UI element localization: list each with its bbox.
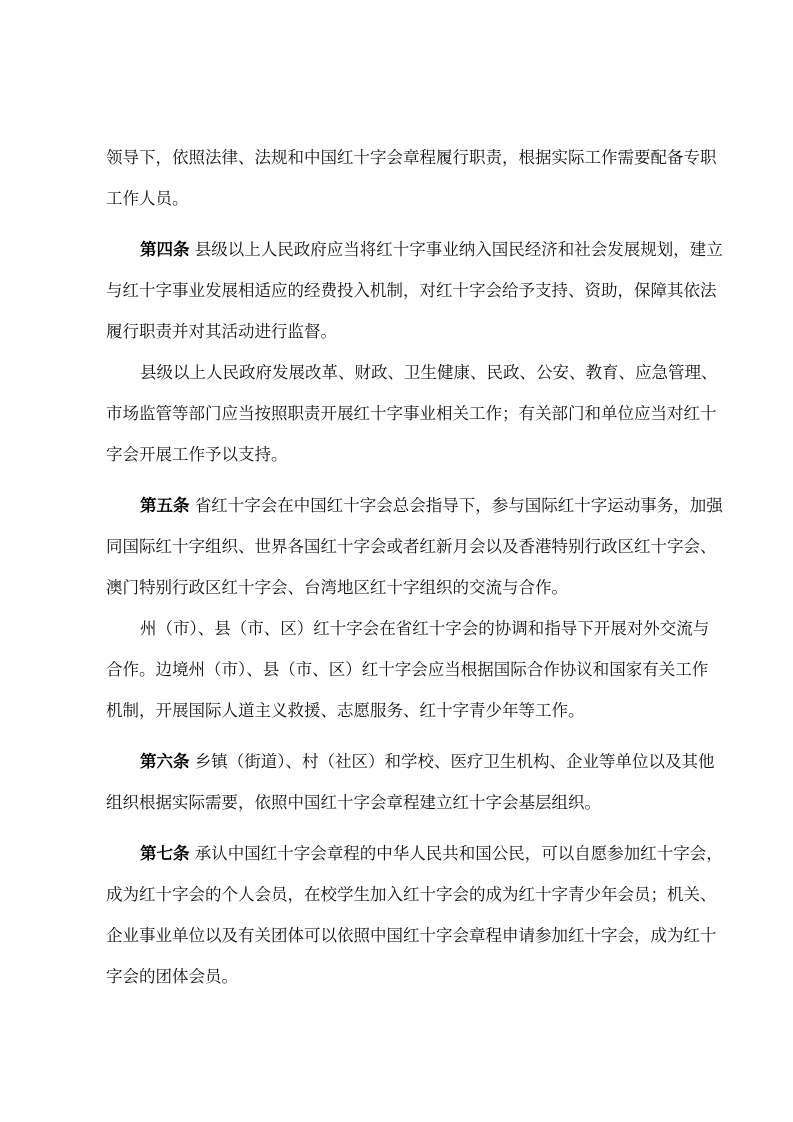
text-line: 第五条 省红十字会在中国红十字会总会指导下，参与国际红十字运动事务，加强 xyxy=(106,496,698,537)
paragraph-gap xyxy=(106,486,698,496)
text-line: 第六条 乡镇（街道）、村（社区）和学校、医疗卫生机构、企业等单位以及其他 xyxy=(106,752,698,793)
text-segment: 县级以上人民政府应当将红十字事业纳入国民经济和社会发展规划，建立 xyxy=(190,240,723,259)
paragraph-article-5-2: 州（市）、县（市、区）红十字会在省红十字会的协调和指导下开展对外交流与 合作。边… xyxy=(106,619,698,742)
text-line: 澳门特别行政区红十字会、台湾地区红十字组织的交流与合作。 xyxy=(106,578,698,619)
paragraph-article-4: 第四条 县级以上人民政府应当将红十字事业纳入国民经济和社会发展规划，建立 与红十… xyxy=(106,240,698,363)
document-page: 领导下，依照法律、法规和中国红十字会章程履行职责，根据实际工作需要配备专职 工作… xyxy=(106,148,698,1008)
text-line: 字会的团体会员。 xyxy=(106,967,698,1008)
paragraph-article-7: 第七条 承认中国红十字会章程的中华人民共和国公民，可以自愿参加红十字会， 成为红… xyxy=(106,844,698,1008)
paragraph-article-4-2: 县级以上人民政府发展改革、财政、卫生健康、民政、公安、教育、应急管理、 市场监管… xyxy=(106,363,698,486)
text-line: 成为红十字会的个人会员，在校学生加入红十字会的成为红十字青少年会员；机关、 xyxy=(106,885,698,926)
text-segment: 乡镇（街道）、村（社区）和学校、医疗卫生机构、企业等单位以及其他 xyxy=(190,752,715,771)
paragraph-gap xyxy=(106,742,698,752)
text-line: 机制，开展国际人道主义救援、志愿服务、红十字青少年等工作。 xyxy=(106,701,698,742)
text-segment: 省红十字会在中国红十字会总会指导下，参与国际红十字运动事务，加强 xyxy=(190,496,723,515)
paragraph-continuation: 领导下，依照法律、法规和中国红十字会章程履行职责，根据实际工作需要配备专职 工作… xyxy=(106,148,698,230)
paragraph-gap xyxy=(106,834,698,844)
text-line: 企业事业单位以及有关团体可以依照中国红十字会章程申请参加红十字会，成为红十 xyxy=(106,926,698,967)
article-number: 第七条 xyxy=(140,844,190,863)
text-line: 组织根据实际需要，依照中国红十字会章程建立红十字会基层组织。 xyxy=(106,793,698,834)
article-number: 第六条 xyxy=(140,752,190,771)
text-line: 同国际红十字组织、世界各国红十字会或者红新月会以及香港特别行政区红十字会、 xyxy=(106,537,698,578)
paragraph-article-6: 第六条 乡镇（街道）、村（社区）和学校、医疗卫生机构、企业等单位以及其他 组织根… xyxy=(106,752,698,834)
paragraph-gap xyxy=(106,230,698,240)
text-line: 工作人员。 xyxy=(106,189,698,230)
text-line: 县级以上人民政府发展改革、财政、卫生健康、民政、公安、教育、应急管理、 xyxy=(106,363,698,404)
article-number: 第五条 xyxy=(140,496,190,515)
text-line: 第四条 县级以上人民政府应当将红十字事业纳入国民经济和社会发展规划，建立 xyxy=(106,240,698,281)
article-number: 第四条 xyxy=(140,240,190,259)
text-line: 合作。边境州（市）、县（市、区）红十字会应当根据国际合作协议和国家有关工作 xyxy=(106,660,698,701)
text-line: 与红十字事业发展相适应的经费投入机制，对红十字会给予支持、资助，保障其依法 xyxy=(106,281,698,322)
text-line: 州（市）、县（市、区）红十字会在省红十字会的协调和指导下开展对外交流与 xyxy=(106,619,698,660)
text-line: 履行职责并对其活动进行监督。 xyxy=(106,322,698,363)
paragraph-article-5: 第五条 省红十字会在中国红十字会总会指导下，参与国际红十字运动事务，加强 同国际… xyxy=(106,496,698,619)
text-line: 第七条 承认中国红十字会章程的中华人民共和国公民，可以自愿参加红十字会， xyxy=(106,844,698,885)
text-line: 市场监管等部门应当按照职责开展红十字事业相关工作；有关部门和单位应当对红十 xyxy=(106,404,698,445)
text-line: 领导下，依照法律、法规和中国红十字会章程履行职责，根据实际工作需要配备专职 xyxy=(106,148,698,189)
text-line: 字会开展工作予以支持。 xyxy=(106,445,698,486)
text-segment: 承认中国红十字会章程的中华人民共和国公民，可以自愿参加红十字会， xyxy=(190,844,723,863)
